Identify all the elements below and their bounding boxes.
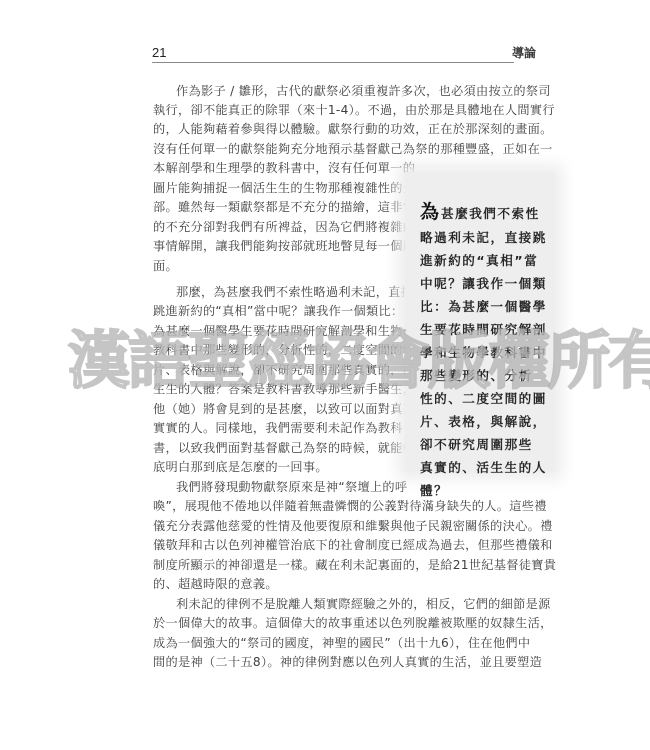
text-line: 執行，卻不能真正的除罪（來十1-4）。不過，由於那是具體地在人間實行 <box>153 101 555 120</box>
text-line: 那麼，為甚麼我們不索性略過利未記，直接 <box>176 283 413 302</box>
text-line: 儀充分表露他慈愛的性情及他要復原和維繫與他子民親密關係的決心。禮 <box>153 517 553 536</box>
pull-quote-line: 體？ <box>420 481 448 501</box>
pull-quote-line: 性的、二度空間的圖 <box>420 389 547 409</box>
text-line: 跳進新約的“真相”當中呢？讓我作一個類比： <box>153 302 404 321</box>
pull-quote-line: 比：為甚麼一個醫學 <box>420 297 547 317</box>
text-line: 的，人能夠藉着參與得以體驗。獻祭行動的功效，正在於那深刻的畫面。 <box>153 120 553 139</box>
text-line: 沒有任何單一的獻祭能夠充分地預示基督獻己為祭的那種豐盛，正如在一 <box>153 140 553 159</box>
text-line: 作為影子 / 雛形，古代的獻祭必須重複許多次，也必須由按立的祭司 <box>176 82 551 101</box>
text-line: 喚”，展現他不倦地以伴隨着無盡憐憫的公義對待滿身缺失的人。這些禮 <box>153 497 547 516</box>
text-line: 儀敬拜和古以色列神權管治底下的社會制度已經成為過去，但那些禮儀和 <box>153 536 553 555</box>
running-title: 導論 <box>512 44 536 61</box>
pull-quote-line: 學和生物學教科書中 <box>420 343 547 363</box>
text-line: 制度所顯示的神卻還是一樣。藏在利未記裏面的，是給21世紀基督徒寶貴 <box>153 556 556 575</box>
text-line: 部。雖然每一類獻祭都是不充分的描繪，這非常 <box>153 198 415 217</box>
pull-quote-line: 中呢？讓我作一個類 <box>420 274 547 294</box>
text-line: 底明白那到底是怎麼的一回事。 <box>153 458 328 477</box>
pull-quote-line: 真實的、活生生的人 <box>420 458 547 478</box>
text-line: 成為一個強大的“祭司的國度，神聖的國民”（出十九6），住在他們中 <box>153 634 530 653</box>
text-line: 的不充分卻對我們有所裨益，因為它們將複雜的 <box>153 218 415 237</box>
text-line: 書，以致我們面對基督獻己為祭的時候，就能徹 <box>153 439 415 458</box>
text-line: 圖片能夠捕捉一個活生生的生物那種複雜性的全 <box>153 179 415 198</box>
drop-cap: 為 <box>420 201 439 223</box>
pull-quote-line: 為甚麼我們不索性 <box>420 202 540 224</box>
text-line: 本解剖學和生理學的教科書中，沒有任何單一的 <box>153 159 415 178</box>
text-line: 間的是神（二十五8）。神的律例對應以色列人真實的生活，並且要塑造 <box>153 653 542 672</box>
text-line: 的、超越時限的意義。 <box>153 575 278 594</box>
header-divider <box>152 62 514 63</box>
pull-quote-line: 生要花時間研究解剖 <box>420 320 547 340</box>
pull-quote-line: 略過利未記，直接跳 <box>420 228 547 248</box>
text-line: 教科書中那些變形的，分析性的，二度空間的圖 <box>153 341 415 360</box>
text-line: 實實的人。同樣地，我們需要利未記作為教科 <box>153 419 403 438</box>
text-line: 他（她）將會見到的是甚麼，以致可以面對真真 <box>153 400 415 419</box>
pull-quote-line: 片、表格，與解說， <box>420 412 547 432</box>
text-line: 生生的人體？答案是教科書教導那些新手醫生， <box>153 380 415 399</box>
text-line: 我們將發現動物獻祭原來是神“祭壇上的呼 <box>176 478 407 497</box>
pull-quote-line: 卻不研究周圍那些 <box>420 435 533 455</box>
text-line: 事情解開，讓我們能夠按部就班地瞥見每一個層 <box>153 237 415 256</box>
text-line: 利未記的律例不是脫離人類實際經驗之外的，相反，它們的細節是源 <box>176 595 551 614</box>
text-line: 面。 <box>153 257 178 276</box>
text-line: 片、表格與解說，卻不研究周圍那些真實的，活 <box>153 361 415 380</box>
text-line: 為甚麼一個醫學生要花時間研究解剖學和生物學 <box>153 322 415 341</box>
page-number: 21 <box>152 45 166 60</box>
pull-quote-line: 那些變形的、分析 <box>420 366 533 386</box>
text-line: 於一個偉大的故事。這個偉大的故事重述以色列脫離被欺壓的奴隸生活， <box>153 614 553 633</box>
pull-quote-line: 進新約的“真相”當 <box>420 251 538 271</box>
